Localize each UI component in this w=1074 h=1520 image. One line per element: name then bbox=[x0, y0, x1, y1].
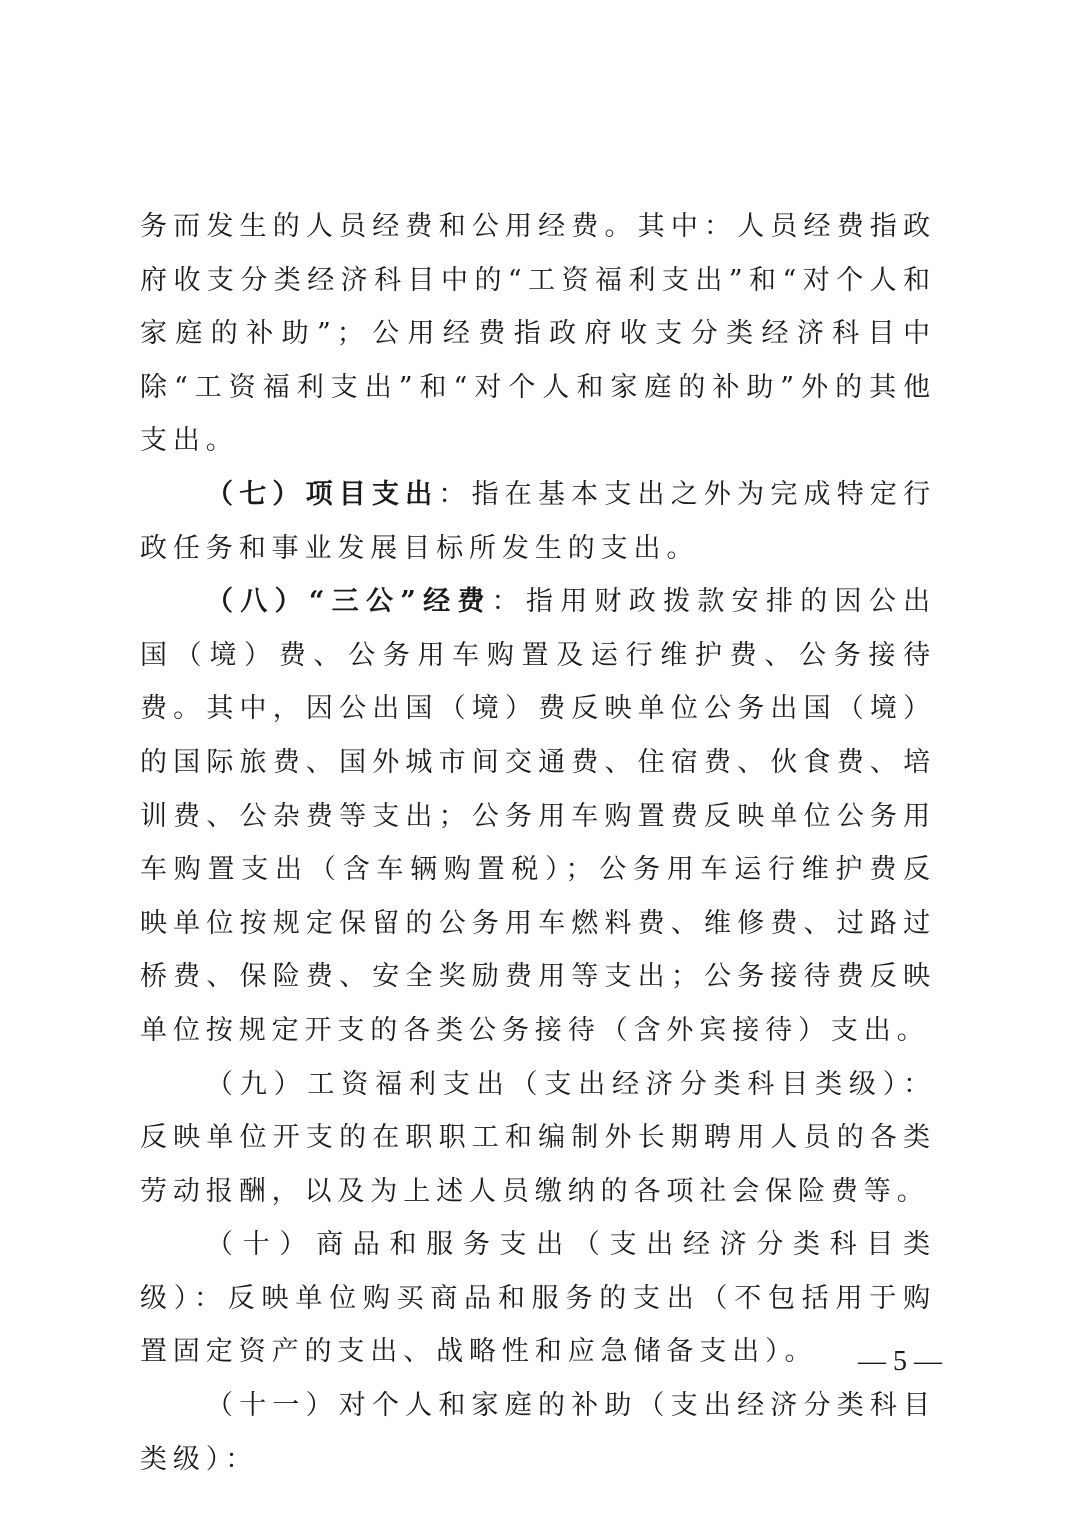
paragraph-goods-services: （十）商品和服务支出（支出经济分类科目类级）：反映单位购买商品和服务的支出（不包… bbox=[140, 1218, 936, 1379]
paragraph-text: ：指用财政拨款安排的因公出国（境）费、公务用车购置及运行维护费、公务接待费。其中… bbox=[140, 586, 936, 1046]
paragraph-wages-welfare: （九）工资福利支出（支出经济分类科目类级）：反映单位开支的在职职工和编制外长期聘… bbox=[140, 1058, 936, 1219]
paragraph-project-expenditure: （七）项目支出：指在基本支出之外为完成特定行政任务和事业发展目标所发生的支出。 bbox=[140, 468, 936, 575]
paragraph-three-public-expenses: （八）“三公”经费：指用财政拨款安排的因公出国（境）费、公务用车购置及运行维护费… bbox=[140, 575, 936, 1057]
paragraph-text: 务而发生的人员经费和公用经费。其中：人员经费指政府收支分类经济科目中的“工资福利… bbox=[140, 211, 936, 456]
paragraph-personnel-public-expenses: 务而发生的人员经费和公用经费。其中：人员经费指政府收支分类经济科目中的“工资福利… bbox=[140, 200, 936, 468]
section-heading-three-public-expenses: （八）“三公”经费 bbox=[206, 586, 492, 617]
document-page: 务而发生的人员经费和公用经费。其中：人员经费指政府收支分类经济科目中的“工资福利… bbox=[140, 200, 936, 1486]
paragraph-text: （十一）对个人和家庭的补助（支出经济分类科目类级）： bbox=[140, 1390, 936, 1475]
page-number: — 5 — bbox=[858, 1346, 942, 1378]
section-heading-project-expenditure: （七）项目支出 bbox=[206, 479, 438, 510]
paragraph-subsidies-individuals-families: （十一）对个人和家庭的补助（支出经济分类科目类级）： bbox=[140, 1379, 936, 1486]
paragraph-text: （九）工资福利支出（支出经济分类科目类级）：反映单位开支的在职职工和编制外长期聘… bbox=[140, 1069, 936, 1207]
paragraph-text: （十）商品和服务支出（支出经济分类科目类级）：反映单位购买商品和服务的支出（不包… bbox=[140, 1229, 936, 1367]
